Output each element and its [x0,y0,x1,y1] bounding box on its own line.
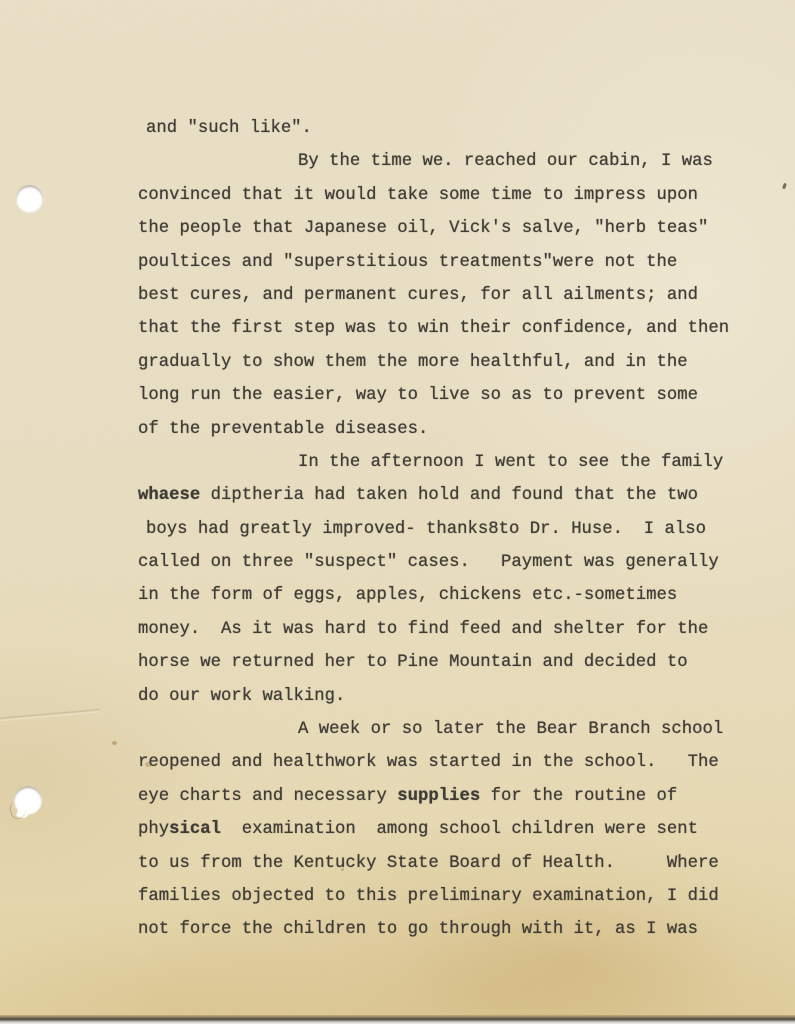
typed-text: in the form of eggs, apples, chickens et… [138,586,677,605]
typed-text: best cures, and permanent cures, for all… [138,286,698,305]
overstruck-text: whaese [138,486,200,505]
typed-text: families objected to this preliminary ex… [138,887,719,906]
typed-text: called on three "suspect" cases. Payment… [138,553,719,572]
typed-line: in the form of eggs, apples, chickens et… [138,579,768,612]
typed-text: gradually to show them the more healthfu… [138,353,688,372]
typed-line: the people that Japanese oil, Vick's sal… [138,212,768,245]
typed-line: do our work walking. [138,680,768,713]
hole-punch-top [16,185,43,212]
typed-text: do our work walking. [138,687,345,706]
typed-line: families objected to this preliminary ex… [138,880,768,913]
typed-line: horse we returned her to Pine Mountain a… [138,646,768,679]
overstruck-text: sical [169,820,221,839]
typed-line: convinced that it would take some time t… [138,179,768,212]
paper-crease [0,706,100,722]
typed-line: called on three "suspect" cases. Payment… [138,546,768,579]
typed-text: eye charts and necessary [138,787,397,806]
typed-text: diptheria had taken hold and found that … [200,486,698,505]
typed-text: to us from the Kentucky State Board of H… [138,854,719,873]
typed-text: reopened and healthwork was started in t… [138,753,719,772]
overstruck-text: supplies [397,787,480,806]
typed-line: A week or so later the Bear Branch schoo… [138,713,768,746]
typed-line: poultices and "superstitious treatments"… [138,246,768,279]
typed-line: of the preventable diseases. [138,413,768,446]
typed-text-block: and "such like".By the time we. reached … [138,112,768,947]
typed-text: By the time we. reached our cabin, I was [298,152,713,171]
typed-line: By the time we. reached our cabin, I was [138,145,768,178]
typed-text: not force the children to go through wit… [138,920,698,939]
typed-text: that the first step was to win their con… [138,319,729,338]
typed-text: long run the easier, way to live so as t… [138,386,698,405]
typed-text: poultices and "superstitious treatments"… [138,253,677,272]
typed-text: examination among school children were s… [221,820,698,839]
typed-line: and "such like". [138,112,768,145]
typed-text: phy [138,820,169,839]
typed-line: eye charts and necessary supplies for th… [138,780,768,813]
typed-line: money. As it was hard to find feed and s… [138,613,768,646]
typed-line: boys had greatly improved- thanks8to Dr.… [138,513,768,546]
typed-text: horse we returned her to Pine Mountain a… [138,653,688,672]
typed-line: that the first step was to win their con… [138,312,768,345]
typed-line: best cures, and permanent cures, for all… [138,279,768,312]
typed-line: whaese diptheria had taken hold and foun… [138,479,768,512]
typed-text: In the afternoon I went to see the famil… [298,453,723,472]
typed-line: long run the easier, way to live so as t… [138,379,768,412]
typed-text: money. As it was hard to find feed and s… [138,620,708,639]
typed-text: and "such like". [146,119,312,138]
typed-line: to us from the Kentucky State Board of H… [138,847,768,880]
typed-text: the people that Japanese oil, Vick's sal… [138,219,708,238]
typed-text: boys had greatly improved- thanks8to Dr.… [146,520,706,539]
typed-line: not force the children to go through wit… [138,913,768,946]
typed-line: In the afternoon I went to see the famil… [138,446,768,479]
typed-text: convinced that it would take some time t… [138,186,698,205]
typed-text: of the preventable diseases. [138,420,428,439]
paper-stain [112,741,117,745]
document-page: and "such like".By the time we. reached … [0,0,795,1024]
page-bottom-edge [0,1015,795,1024]
hole-punch-bottom [14,786,42,814]
typed-line: reopened and healthwork was started in t… [138,746,768,779]
typed-line: gradually to show them the more healthfu… [138,346,768,379]
typed-text: for the routine of [480,787,677,806]
typed-line: physical examination among school childr… [138,813,768,846]
typed-text: A week or so later the Bear Branch schoo… [298,720,723,739]
